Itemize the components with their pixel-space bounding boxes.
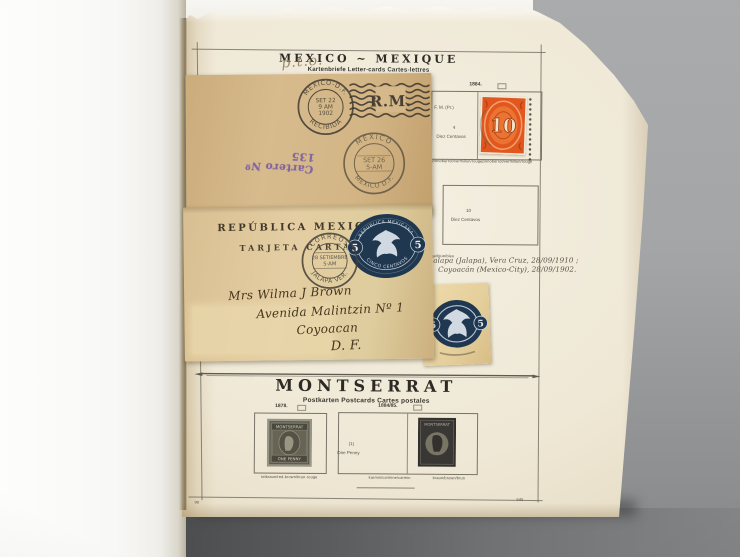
cut-square-value-right: 5 [477, 318, 484, 329]
short-rule [357, 487, 415, 488]
montserrat-stamp-1884: MONTSERRAT [418, 418, 456, 467]
postmark-mexico-df: MEXICO SET 26 5-AM MEXICO D.F. [342, 131, 407, 196]
stamp-value-10: 10 [490, 115, 517, 138]
letter-card-back: REPÚBLICA MEXICANA TARJETA CARTA REPUBLI… [183, 204, 434, 361]
right-stamp-country: MONTSERRAT [424, 423, 450, 427]
cell4-number: 4 [433, 125, 475, 130]
montserrat-left-cell: MONTSERRAT ONE PENNY [254, 413, 327, 475]
cartero-handstamp: Cartero Nº 135 [221, 146, 316, 175]
montserrat-subtitle: Postkarten Postcards Cartes postales [272, 396, 461, 405]
cell10-name: Diez Centavos [441, 217, 489, 222]
postmark1-top-arc: MEXICO-D.F. [302, 78, 350, 97]
postmark3-top-arc: CORREOS [308, 232, 351, 248]
montserrat-cell-number: (1) [331, 441, 372, 446]
mexico-empty-cell [442, 185, 538, 246]
photo-of-stamp-album: MEXICO ~ MEXIQUE Kartenbriefe Letter-car… [0, 0, 740, 557]
postmark1-line1: SET 22 [316, 98, 336, 104]
montserrat-stamp-1878: MONTSERRAT ONE PENNY [267, 419, 312, 467]
cell4-name: Diez Centavos [427, 134, 475, 139]
montserrat-title: MONTSERRAT [194, 375, 538, 396]
postmark1-line3: 1902 [318, 111, 333, 117]
montserrat-caption-mid: karmin/carmine/carmin [369, 475, 411, 480]
montserrat-caption-right: braun/brown/brun [433, 476, 465, 481]
white-page-stack-edge [0, 0, 186, 557]
montserrat-right-date: 1884/85. [378, 402, 397, 408]
machine-cancel-rm: R.M. [349, 81, 429, 122]
catalog-number-mark [497, 83, 506, 89]
montserrat-left-date: 1878. [275, 403, 287, 409]
left-stamp-denomination: ONE PENNY [278, 456, 302, 461]
mexico-issue-date: 1884. [469, 81, 481, 87]
mexico-title: MEXICO ~ MEXIQUE [197, 51, 541, 66]
cell10-number: 10 [448, 208, 490, 213]
catalog-number-mark [297, 405, 306, 411]
svg-text:CORREOS: CORREOS [308, 232, 351, 248]
stamp-10-centavos-orange: 10 [479, 95, 527, 154]
postmark1-line2: 9 AM [318, 105, 333, 111]
section-separator-line [194, 363, 540, 373]
cell-top-note: F. M. (Pr.) [434, 105, 454, 110]
svg-text:MEXICO: MEXICO [354, 132, 395, 147]
left-stamp-country: MONTSERRAT [276, 424, 304, 429]
perforation-dots [528, 97, 532, 163]
postmark2-top-arc: MEXICO [354, 132, 395, 147]
postmark2-bottom-arc: MEXICO D.F. [353, 173, 396, 190]
machine-cancel-letters: R.M. [370, 92, 412, 110]
caption-left: zinnoberrot/vermillon/rouge [432, 159, 482, 164]
catalog-number-mark [413, 405, 422, 411]
svg-text:RECIBIDA: RECIBIDA [308, 117, 344, 131]
montserrat-cell-name: One Penny [325, 450, 372, 455]
postmark-mexico-recibida: MEXICO-D.F. SET 22 9 AM 1902 RECIBIDA [296, 78, 355, 137]
address-line-1: Mrs Wilma J Brown [228, 283, 352, 303]
footer-right-number: 545 [517, 497, 524, 501]
postmark1-bottom-arc: RECIBIDA [308, 117, 344, 131]
svg-text:MEXICO-D.F.: MEXICO-D.F. [302, 78, 350, 97]
pencil-note-line2: Coyoacán (Mexico-City), 28/09/1902. [438, 266, 576, 274]
montserrat-header: MONTSERRAT Postkarten Postcards Cartes p… [194, 375, 538, 411]
postmark2-line2: 5-AM [366, 163, 382, 171]
pto-handwritten-note: p.t.o. [281, 52, 324, 71]
address-line-3: Coyoacan [296, 320, 358, 337]
navy-stamp-value-right: 5 [414, 240, 422, 251]
letter-card-front: MEXICO-D.F. SET 22 9 AM 1902 RECIBIDA R.… [185, 73, 432, 217]
montserrat-left-caption: rotbraun/red-brown/brun-rouge [239, 474, 340, 479]
postmark3-line1: 28 SETIEMBRE [312, 255, 348, 261]
svg-text:MEXICO D.F.: MEXICO D.F. [353, 173, 396, 190]
frame-bottom-rule [189, 496, 543, 501]
cell-divider [477, 92, 478, 159]
footer-left-number: 90 [194, 500, 199, 504]
caption-right: zinnoberrot/vermillon/rouge [482, 159, 532, 164]
postmark3-line2: 5-AM [323, 261, 336, 267]
pencil-note-line1: Jalapa (Jalapa), Vera Cruz, 28/09/1910 ; [430, 256, 578, 265]
postmark-jalapa: CORREOS 28 SETIEMBRE 5-AM JALAPA VER. [300, 231, 359, 290]
address-line-4: D. F. [330, 338, 362, 354]
cell-divider [407, 414, 408, 474]
